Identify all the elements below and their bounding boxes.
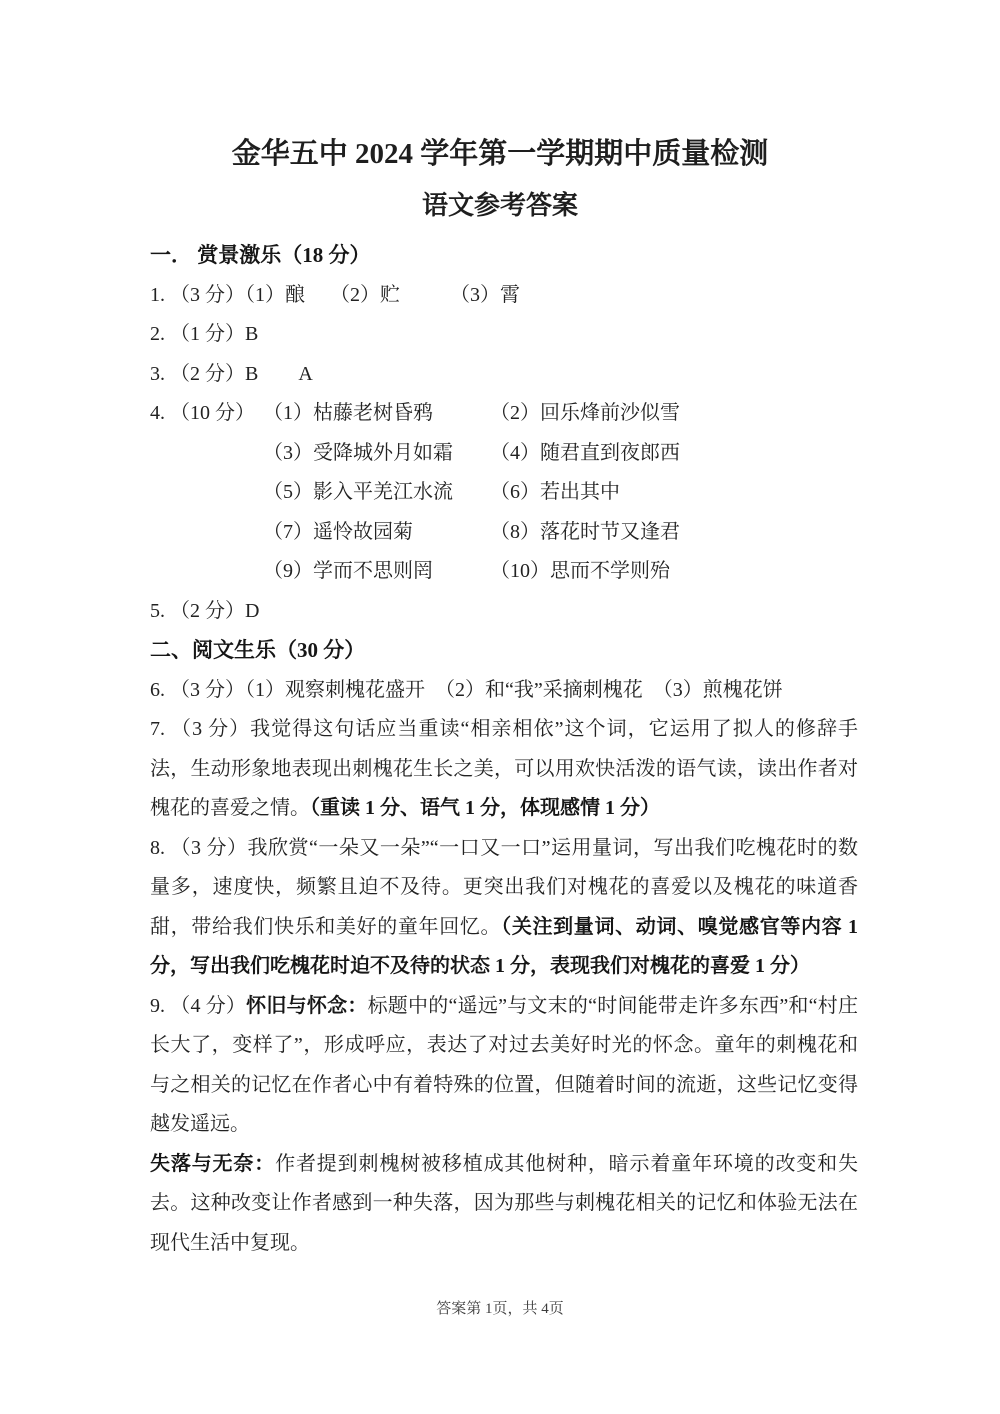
answer-item-6: 6. （3 分）（1）观察刺槐花盛开 （2）和“我”采摘刺槐花 （3）煎槐花饼 <box>150 671 858 711</box>
item7-scoring-note: （重读 1 分、语气 1 分，体现感情 1 分） <box>310 797 660 819</box>
item4-answer: （4）随君直到夜郎西 <box>490 434 858 474</box>
item4-answer: （6）若出其中 <box>490 473 858 513</box>
page-footer: 答案第 1页，共 4页 <box>0 1298 1000 1320</box>
answer-item-2: 2. （1 分）B <box>150 315 858 355</box>
section1-heading: 一． 赏景激乐（18 分） <box>150 236 858 276</box>
page-title: 金华五中 2024 学年第一学期期中质量检测 <box>0 0 1000 172</box>
item4-answer: （9）学而不思则罔 <box>263 552 490 592</box>
answer-item-8: 8. （3 分）我欣赏“一朵又一朵”“一口又一口”运用量词，写出我们吃槐花时的数… <box>150 829 858 987</box>
item9b-label: 失落与无奈： <box>150 1153 275 1175</box>
item9-label: 怀旧与怀念： <box>246 995 367 1017</box>
answer-item-4-row: （7）遥怜故园菊 （8）落花时节又逢君 <box>150 513 858 553</box>
item4-answer: （1）枯藤老树昏鸦 <box>263 394 490 434</box>
answer-item-9: 9. （4 分）怀旧与怀念：标题中的“遥远”与文末的“时间能带走许多东西”和“村… <box>150 987 858 1145</box>
answer-sheet-page: 金华五中 2024 学年第一学期期中质量检测 语文参考答案 一． 赏景激乐（18… <box>0 0 1000 1414</box>
item4-prefix <box>150 434 263 474</box>
answer-item-3: 3. （2 分）B A <box>150 355 858 395</box>
item4-answer: （5）影入平羌江水流 <box>263 473 490 513</box>
answer-item-9b: 失落与无奈：作者提到刺槐树被移植成其他树种，暗示着童年环境的改变和失去。这种改变… <box>150 1145 858 1264</box>
page-subtitle: 语文参考答案 <box>0 190 1000 222</box>
item4-answer: （3）受降城外月如霜 <box>263 434 490 474</box>
item4-answer: （10）思而不学则殆 <box>490 552 858 592</box>
item4-prefix <box>150 552 263 592</box>
answer-item-4-row: （3）受降城外月如霜 （4）随君直到夜郎西 <box>150 434 858 474</box>
answer-item-1: 1. （3 分）（1）酿 （2）贮 （3）霄 <box>150 276 858 316</box>
item9-prefix: 9. （4 分） <box>150 995 246 1017</box>
item4-prefix: 4. （10 分） <box>150 394 263 434</box>
item4-answer: （7）遥怜故园菊 <box>263 513 490 553</box>
item4-prefix <box>150 473 263 513</box>
item4-answer: （8）落花时节又逢君 <box>490 513 858 553</box>
answer-item-4-row: 4. （10 分） （1）枯藤老树昏鸦 （2）回乐烽前沙似雪 <box>150 394 858 434</box>
answer-item-4-row: （5）影入平羌江水流 （6）若出其中 <box>150 473 858 513</box>
item4-prefix <box>150 513 263 553</box>
item4-answer: （2）回乐烽前沙似雪 <box>490 394 858 434</box>
answer-item-4-row: （9）学而不思则罔 （10）思而不学则殆 <box>150 552 858 592</box>
answer-item-5: 5. （2 分）D <box>150 592 858 632</box>
answer-content: 一． 赏景激乐（18 分） 1. （3 分）（1）酿 （2）贮 （3）霄 2. … <box>150 236 858 1263</box>
section2-heading: 二、阅文生乐（30 分） <box>150 631 858 671</box>
answer-item-7: 7. （3 分）我觉得这句话应当重读“相亲相依”这个词，它运用了拟人的修辞手法，… <box>150 710 858 829</box>
